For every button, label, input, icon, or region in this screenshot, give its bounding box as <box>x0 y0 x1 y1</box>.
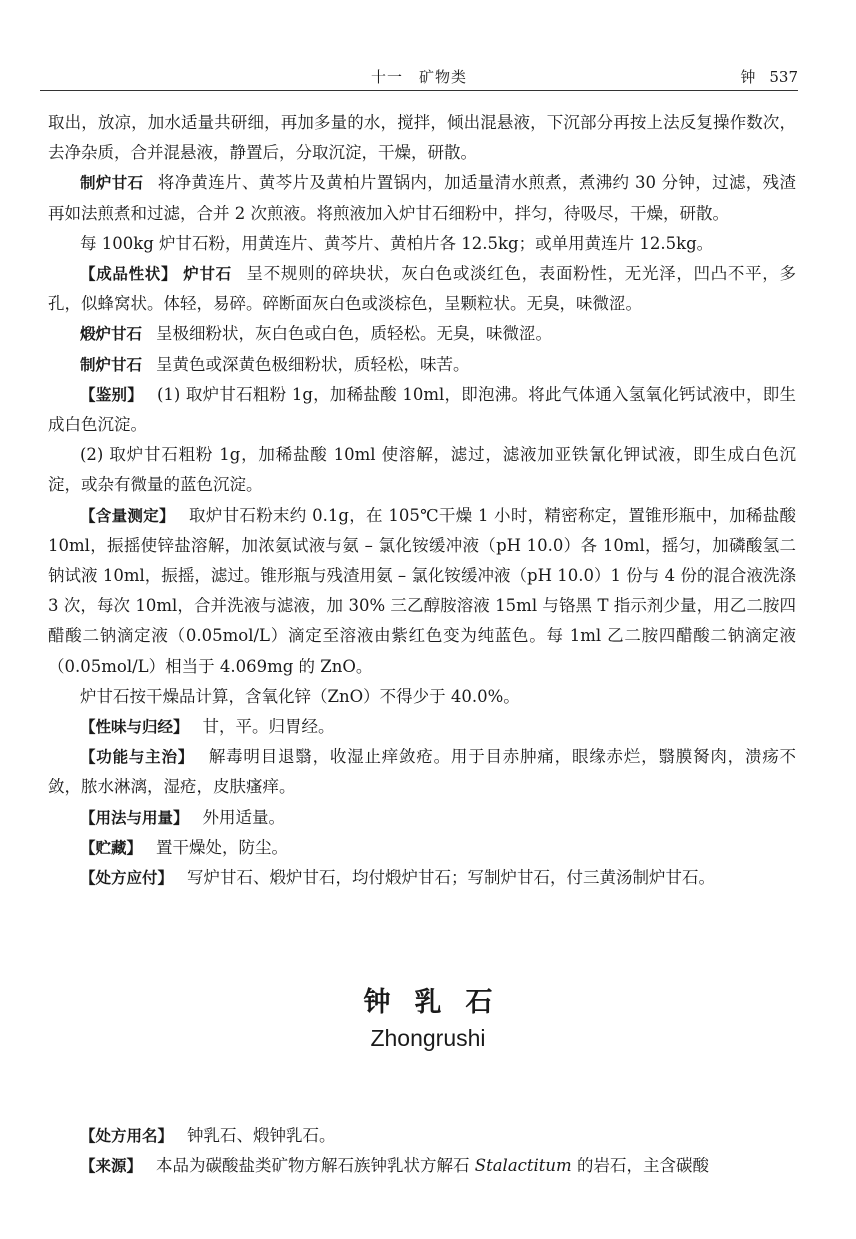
section-heading: 【用法与用量】 <box>80 809 189 827</box>
section-heading: 制炉甘石 <box>80 174 143 192</box>
body-text: 取出，放凉，加水适量共研细，再加多量的水，搅拌，倾出混悬液，下沉部分再按上法反复… <box>48 108 796 893</box>
section-heading: 【含量测定】 <box>80 507 175 525</box>
paragraph-properties: 【成品性状】 炉甘石呈不规则的碎块状，灰白色或淡红色，表面粉性，无光泽，凹凸不平… <box>48 259 796 319</box>
paragraph-identification-2: (2) 取炉甘石粗粉 1g，加稀盐酸 10ml 使溶解，滤过，滤液加亚铁氰化钾试… <box>48 440 796 500</box>
paragraph-dosage-ratio: 每 100kg 炉甘石粉，用黄连片、黄芩片、黄柏片各 12.5kg；或单用黄连片… <box>48 229 796 259</box>
entry-title-block: 钟乳石 Zhongrushi <box>0 980 856 1052</box>
section-heading: 【鉴别】 <box>80 386 143 404</box>
paragraph-processing-end: 取出，放凉，加水适量共研细，再加多量的水，搅拌，倾出混悬液，下沉部分再按上法反复… <box>48 108 796 168</box>
chapter-title: 十一 矿物类 <box>40 66 798 87</box>
paragraph-assay-limit: 炉甘石按干燥品计算，含氧化锌（ZnO）不得少于 40.0%。 <box>48 682 796 712</box>
section-heading: 【处方应付】 <box>80 869 173 887</box>
header-rule <box>40 90 798 91</box>
running-header: 十一 矿物类 钟537 <box>40 64 798 90</box>
latin-name: Stalactitum <box>475 1156 572 1175</box>
paragraph-source: 【来源】本品为碳酸盐类矿物方解石族钟乳状方解石 Stalactitum 的岩石，… <box>48 1151 796 1181</box>
paragraph-identification-1: 【鉴别】(1) 取炉甘石粗粉 1g，加稀盐酸 10ml，即泡沸。将此气体通入氢氧… <box>48 380 796 440</box>
section-heading: 【成品性状】 炉甘石 <box>80 265 232 283</box>
section-heading: 制炉甘石 <box>80 356 142 374</box>
paragraph-assay: 【含量测定】取炉甘石粉末约 0.1g，在 105℃干燥 1 小时，精密称定，置锥… <box>48 501 796 682</box>
paragraph-storage: 【贮藏】置干燥处，防尘。 <box>48 833 796 863</box>
section-heading: 【性味与归经】 <box>80 718 189 736</box>
entry-body-text: 【处方用名】钟乳石、煅钟乳石。 【来源】本品为碳酸盐类矿物方解石族钟乳状方解石 … <box>48 1121 796 1181</box>
book-page: 十一 矿物类 钟537 取出，放凉，加水适量共研细，再加多量的水，搅拌，倾出混悬… <box>0 0 856 1239</box>
index-character: 钟 <box>740 68 755 86</box>
paragraph-zhi-lugan: 制炉甘石将净黄连片、黄芩片及黄柏片置锅内，加适量清水煎煮，煮沸约 30 分钟，过… <box>48 168 796 228</box>
paragraph-prescription-names: 【处方用名】钟乳石、煅钟乳石。 <box>48 1121 796 1151</box>
section-heading: 【处方用名】 <box>80 1127 173 1145</box>
paragraph-zhi-lugan-props: 制炉甘石呈黄色或深黄色极细粉状，质轻松，味苦。 <box>48 350 796 380</box>
paragraph-usage: 【用法与用量】外用适量。 <box>48 803 796 833</box>
paragraph-nature-meridian: 【性味与归经】甘，平。归胃经。 <box>48 712 796 742</box>
entry-title-chinese: 钟乳石 <box>0 980 856 1019</box>
header-right: 钟537 <box>726 66 798 87</box>
paragraph-dispensing: 【处方应付】写炉甘石、煅炉甘石，均付煅炉甘石；写制炉甘石，付三黄汤制炉甘石。 <box>48 863 796 893</box>
section-heading: 【功能与主治】 <box>80 748 194 766</box>
section-heading: 【来源】 <box>80 1157 142 1175</box>
section-heading: 【贮藏】 <box>80 839 142 857</box>
paragraph-duan-lugan: 煅炉甘石呈极细粉状，灰白色或白色，质轻松。无臭，味微涩。 <box>48 319 796 349</box>
paragraph-functions: 【功能与主治】解毒明目退翳，收湿止痒敛疮。用于目赤肿痛，眼缘赤烂，翳膜胬肉，溃疡… <box>48 742 796 802</box>
page-number: 537 <box>769 68 798 86</box>
entry-title-pinyin: Zhongrushi <box>0 1025 856 1052</box>
section-heading: 煅炉甘石 <box>80 325 142 343</box>
